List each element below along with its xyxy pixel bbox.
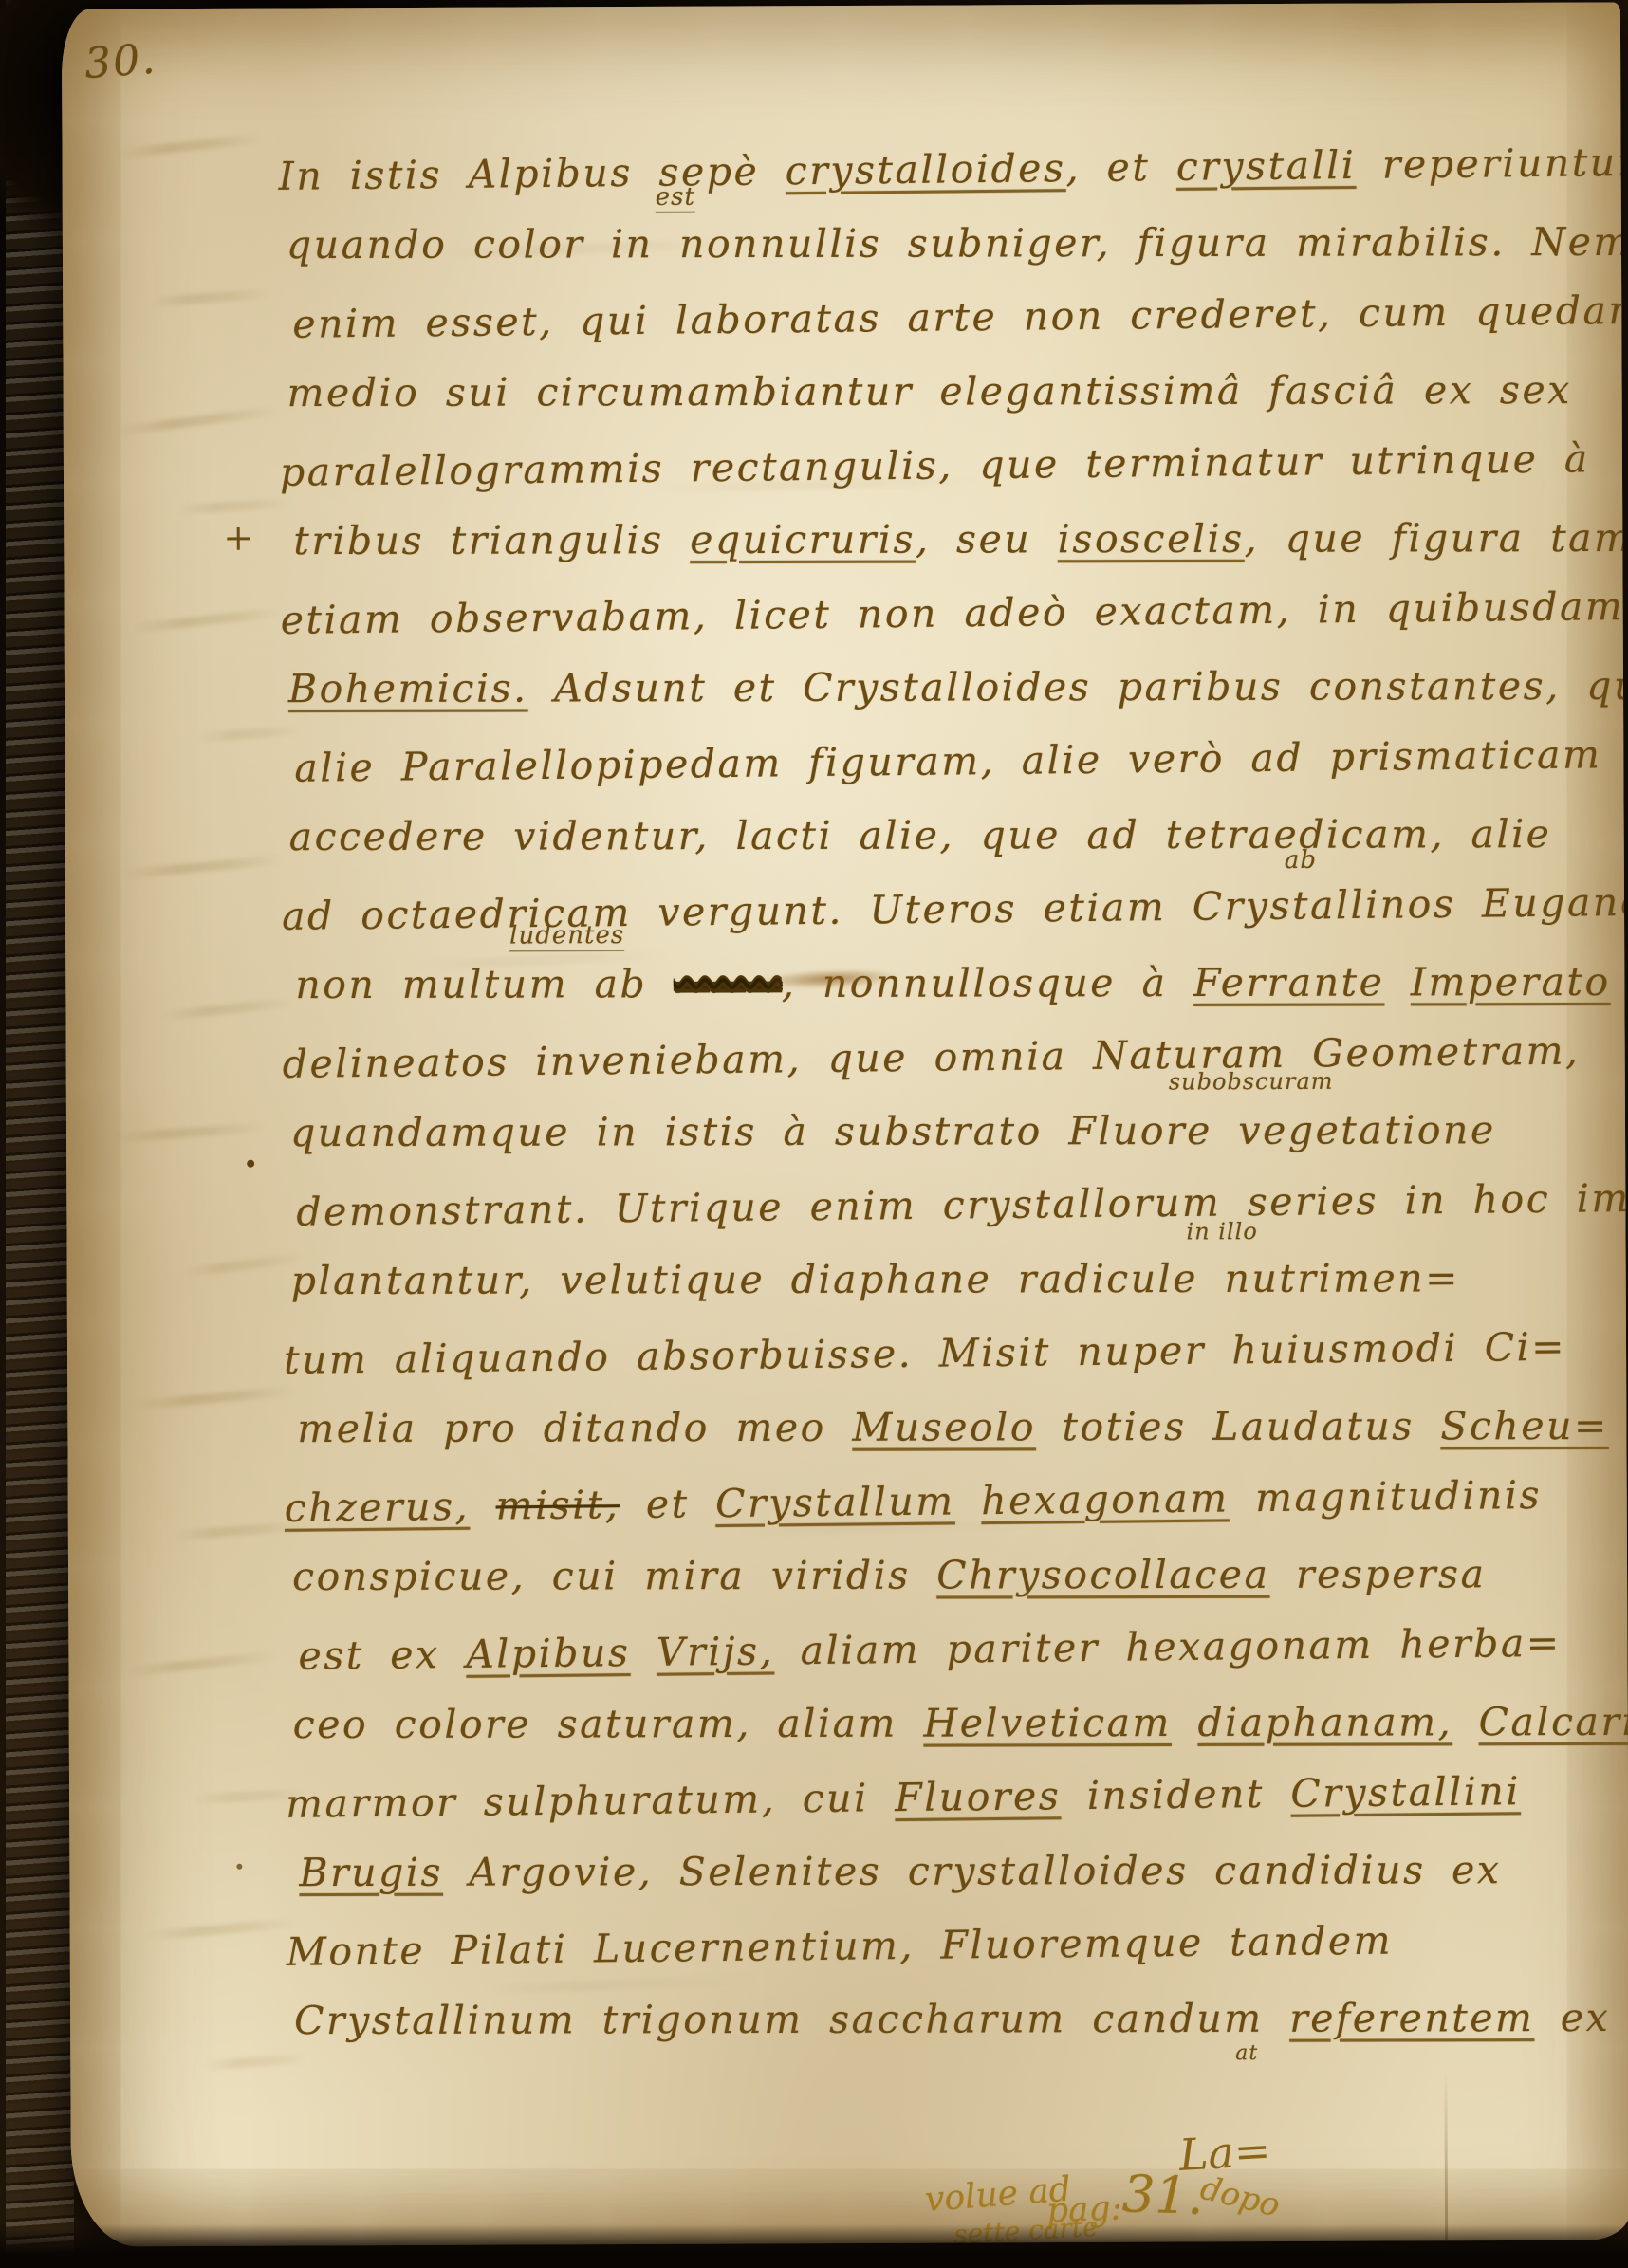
interlinear-note-subobscuram: subobscuram — [1169, 1068, 1334, 1096]
manuscript-line: In istis Alpibus sepè crystalloides, et … — [278, 125, 1598, 213]
manuscript-line: alie Paralellopipedam figuram, alie verò… — [294, 717, 1600, 804]
paper-crease — [1444, 2071, 1448, 2241]
manuscript-line: conspicue, cui mira viridis Chrysocollac… — [292, 1537, 1603, 1613]
manuscript-line: non multum ab ———, nonnullosque à Ferran… — [295, 945, 1600, 1022]
margin-plus-mark: + — [223, 517, 253, 559]
folio-number: 30. — [83, 35, 158, 88]
manuscript-line: Bohemicis. Adsunt et Crystalloides parib… — [288, 649, 1600, 726]
bottom-note-page-ref: 31. — [1121, 2164, 1205, 2226]
showthrough-mark — [122, 855, 284, 879]
manuscript-line: medio sui circumambiantur elegantissimâ … — [287, 353, 1599, 430]
manuscript-line: accedere videntur, lacti alie, que ad te… — [289, 797, 1600, 874]
showthrough-mark — [125, 1650, 277, 1676]
manuscript-line: quando color in nonnullis subniger, figu… — [287, 205, 1598, 282]
showthrough-mark — [177, 498, 291, 514]
ink-dot — [236, 1864, 242, 1870]
interlinear-note-ludentes: ludentes — [509, 921, 624, 952]
manuscript-line: paralellogrammis rectangulis, que termin… — [280, 421, 1600, 509]
manuscript-line: tum aliquando absorbuisse. Misit nuper h… — [284, 1309, 1603, 1397]
manuscript-line: Monte Pilati Lucernentium, Fluoremque ta… — [286, 1901, 1605, 1989]
showthrough-mark — [114, 1122, 266, 1143]
bottom-note-dopo: dopo — [1196, 2169, 1284, 2225]
manuscript-line: tribus triangulis equicruris, seu isosce… — [293, 501, 1599, 578]
manuscript-line: ad octaedricam vergunt. Uteros etiam Cry… — [282, 865, 1601, 953]
interlinear-note-in-illo: in illo — [1186, 1218, 1257, 1245]
ink-dot — [247, 1160, 254, 1168]
manuscript-line: plantantur, velutique diaphane radicule … — [291, 1241, 1602, 1318]
manuscript-line: chzerus, misit, et Crystallum hexagonam … — [284, 1457, 1603, 1545]
manuscript-line: demonstrant. Utrique enim crystallorum s… — [296, 1161, 1602, 1248]
manuscript-line: delineatos inveniebam, que omnia Naturam… — [282, 1013, 1601, 1101]
text-block: In istis Alpibus sepè crystalloides, et … — [278, 130, 1605, 2059]
interlinear-note-est: est — [656, 183, 695, 213]
manuscript-line: enim esset, qui laboratas arte non crede… — [292, 273, 1599, 360]
manuscript-line: Crystallinum trigonum saccharum candum r… — [294, 1981, 1605, 2057]
showthrough-mark — [131, 607, 283, 633]
manuscript-page: 30. + In istis Alpibus sepè crystalloide… — [62, 2, 1628, 2246]
interlinear-note-ab: ab — [1285, 846, 1317, 875]
manuscript-line: etiam observabam, licet non adeò exactam… — [280, 569, 1600, 657]
showthrough-mark — [119, 134, 261, 158]
showthrough-mark — [148, 288, 271, 307]
manuscript-line: quandamque in istis à substrato Fluore v… — [290, 1093, 1601, 1170]
showthrough-mark — [160, 997, 293, 1021]
manuscript-line: ceo colore saturam, aliam Helveticam dia… — [293, 1685, 1604, 1761]
manuscript-line: Brugis Argovie, Selenites crystalloides … — [299, 1833, 1604, 1909]
showthrough-mark — [116, 406, 277, 435]
showthrough-mark — [134, 1386, 295, 1411]
manuscript-line: marmor sulphuratum, cui Fluores insident… — [286, 1753, 1605, 1841]
manuscript-line: est ex Alpibus Vrijs, aliam pariter hexa… — [298, 1605, 1604, 1692]
photo-bottom-shadow — [0, 2224, 1628, 2268]
showthrough-mark — [146, 1918, 298, 1942]
manuscript-line: melia pro ditando meo Museolo toties Lau… — [297, 1389, 1602, 1466]
interlinear-note-at: at — [1235, 2041, 1258, 2065]
